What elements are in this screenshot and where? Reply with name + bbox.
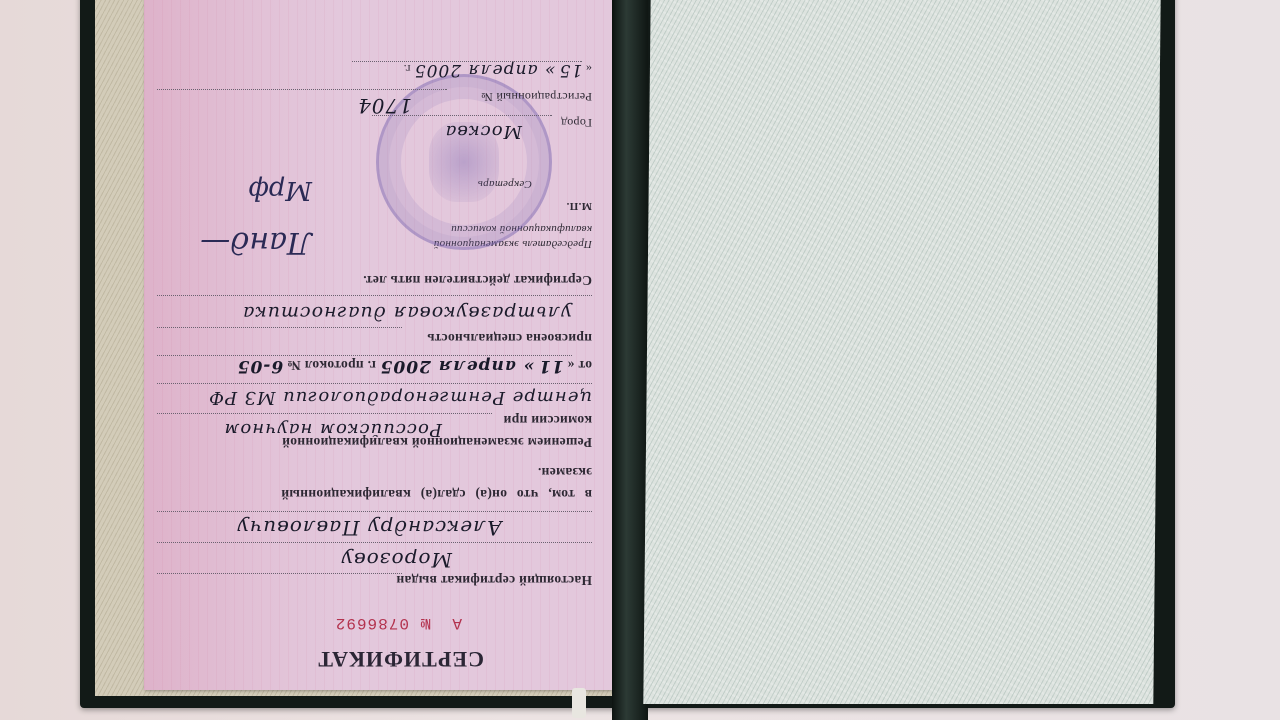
chairman-signature: Ланд— xyxy=(200,225,312,260)
protocol-line: от « 11 » апреля 2005 г. протокол № 6-05 xyxy=(237,356,592,376)
serial-sign: № xyxy=(420,614,431,632)
spine xyxy=(612,0,648,720)
serial-value: 0786692 xyxy=(335,614,409,632)
city-label: Город xyxy=(561,115,592,130)
institution-line-1: Российском научном xyxy=(224,419,442,440)
dotted-line xyxy=(157,327,402,328)
certificate-content: СЕРТИФИКАТ А № 0786692 Настоящий сертифи… xyxy=(144,0,612,690)
city-handwritten: Москва xyxy=(445,121,522,142)
name-handwritten: Александру Павловичу xyxy=(236,516,502,540)
validity-text: Сертификат действителен пять лет. xyxy=(363,272,592,288)
institution-line-2: центре Рентгенорадиологии МЗ РФ xyxy=(208,387,592,408)
secretary-signature: Мрф xyxy=(248,175,312,205)
registration-label: Регистрационный № xyxy=(481,89,592,104)
surname-handwritten: Морозову xyxy=(340,548,452,572)
dotted-line xyxy=(157,511,592,512)
certificate-title: СЕРТИФИКАТ xyxy=(144,646,612,672)
issue-day: 15 xyxy=(559,60,583,80)
exam-text-1: в том, что он(а) сдал(а) квалификационны… xyxy=(281,486,592,502)
dotted-line xyxy=(157,355,572,356)
protocol-day: 11 xyxy=(538,356,564,376)
dotted-line xyxy=(157,413,492,414)
issued-to-label: Настоящий сертификат выдан xyxy=(396,572,592,588)
protocol-from: от « xyxy=(567,358,592,373)
protocol-number: 6-05 xyxy=(237,356,284,376)
certificate-sheet: СЕРТИФИКАТ А № 0786692 Настоящий сертифи… xyxy=(144,0,612,690)
right-page-watermark xyxy=(643,0,1160,704)
commission-label: комиссии при xyxy=(503,412,592,428)
specialty-handwritten: ультразвуковая диагностика xyxy=(242,302,572,324)
dotted-line xyxy=(157,542,592,543)
dotted-line xyxy=(157,573,402,574)
protocol-g: г. протокол № xyxy=(287,358,376,373)
bookmark-ribbon xyxy=(572,688,586,718)
serial-number: А № 0786692 xyxy=(335,614,462,632)
protocol-month-year: » апреля 2005 xyxy=(380,356,535,376)
issue-date-open: « xyxy=(586,62,592,76)
stamp-label: М.П. xyxy=(566,200,592,212)
issue-month-year: » апреля 2005 xyxy=(414,60,556,80)
dotted-line xyxy=(352,61,582,62)
exam-text-2: экзамен. xyxy=(538,464,592,480)
dotted-line xyxy=(157,295,592,296)
issue-date: « 15 » апреля 2005 г. xyxy=(403,60,592,80)
dotted-line xyxy=(157,89,447,90)
dotted-line xyxy=(157,383,592,384)
registration-number: 1704 xyxy=(357,94,412,118)
issue-g: г. xyxy=(403,62,410,76)
specialty-label: присвоена специальность xyxy=(427,330,592,346)
serial-series: А xyxy=(451,614,462,632)
